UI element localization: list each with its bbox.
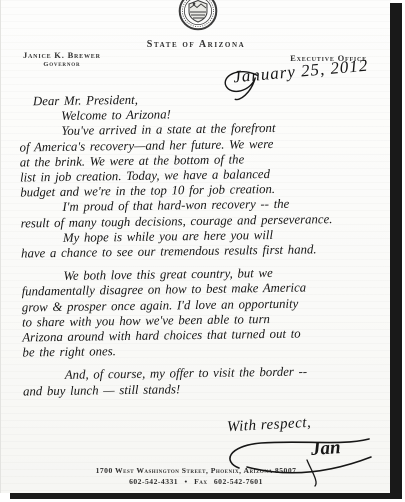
- signature: Jan: [219, 430, 379, 488]
- signature-flourish-icon: [219, 430, 379, 488]
- officer-title: Governor: [23, 61, 101, 68]
- footer-separator: •: [185, 477, 188, 486]
- footer-phone: 602-542-4331: [129, 477, 178, 486]
- arizona-state-seal-icon: [178, 0, 218, 31]
- signature-name: Jan: [310, 437, 341, 461]
- letter-page: State of Arizona Janice K. Brewer Govern…: [0, 0, 391, 493]
- officer-block: Janice K. Brewer Governor: [23, 50, 101, 68]
- photo-shadow-right: [390, 3, 402, 499]
- footer-fax-label: Fax: [194, 477, 207, 486]
- letter-body: Dear Mr. President,Welcome to Arizona!Yo…: [17, 90, 381, 400]
- state-title: State of Arizona: [1, 39, 391, 50]
- officer-name: Janice K. Brewer: [23, 50, 101, 60]
- letter-photo: State of Arizona Janice K. Brewer Govern…: [0, 0, 405, 502]
- photo-shadow-bottom: [10, 493, 402, 499]
